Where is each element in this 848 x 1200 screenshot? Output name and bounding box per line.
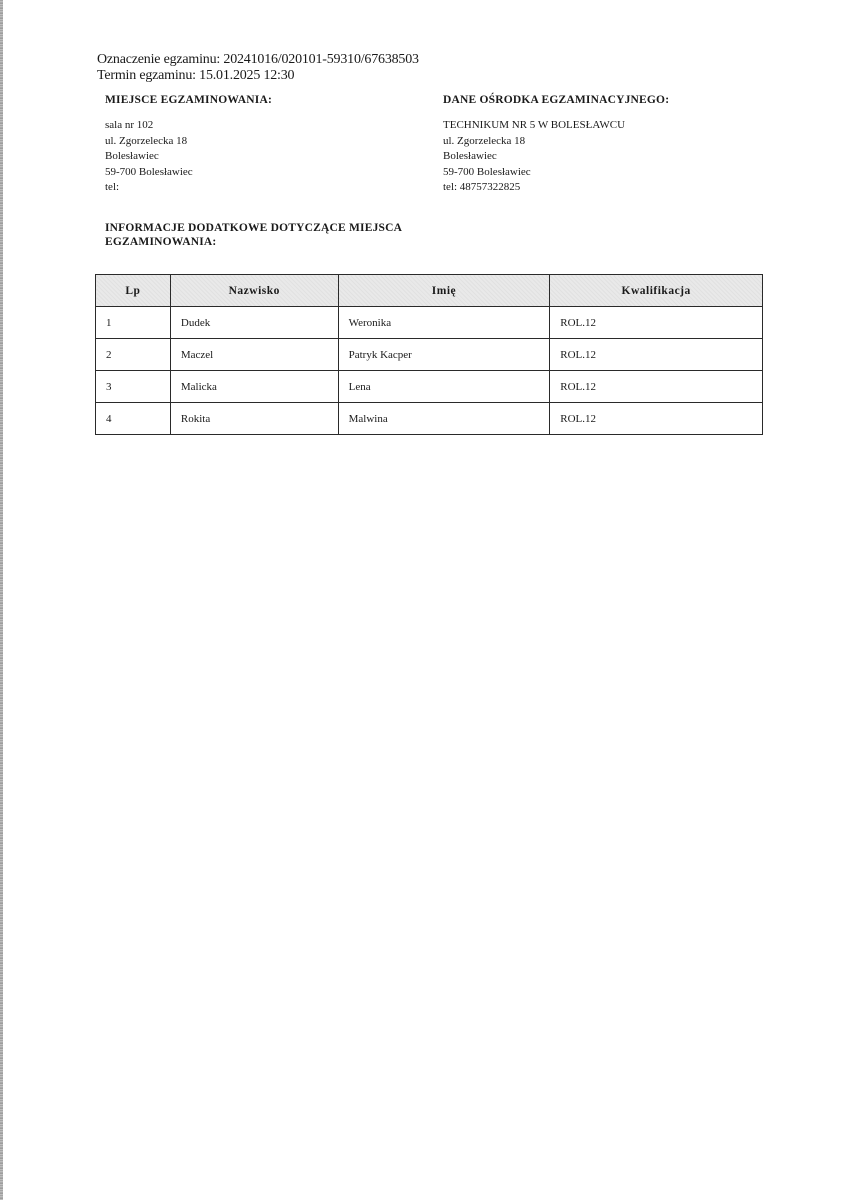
cell-surname: Maczel bbox=[170, 339, 338, 371]
cell-firstname: Lena bbox=[338, 371, 550, 403]
cell-surname: Dudek bbox=[170, 307, 338, 339]
cell-qualification: ROL.12 bbox=[550, 339, 763, 371]
exam-center-address: TECHNIKUM NR 5 W BOLESŁAWCU ul. Zgorzele… bbox=[443, 118, 625, 196]
exam-center-phone: tel: 48757322825 bbox=[443, 180, 625, 196]
cell-lp: 4 bbox=[96, 403, 171, 435]
column-header-lp: Lp bbox=[96, 275, 171, 307]
candidates-table: Lp Nazwisko Imię Kwalifikacja 1 Dudek We… bbox=[95, 274, 763, 435]
additional-info-title-line2: EGZAMINOWANIA: bbox=[105, 235, 425, 249]
exam-place-street: ul. Zgorzelecka 18 bbox=[105, 134, 193, 150]
additional-info-title: INFORMACJE DODATKOWE DOTYCZĄCE MIEJSCA E… bbox=[105, 221, 425, 249]
cell-lp: 3 bbox=[96, 371, 171, 403]
column-header-firstname: Imię bbox=[338, 275, 550, 307]
cell-surname: Rokita bbox=[170, 403, 338, 435]
cell-surname: Malicka bbox=[170, 371, 338, 403]
additional-info-title-line1: INFORMACJE DODATKOWE DOTYCZĄCE MIEJSCA bbox=[105, 221, 425, 235]
exam-place-title: MIEJSCE EGZAMINOWANIA: bbox=[105, 94, 272, 106]
table-row: 2 Maczel Patryk Kacper ROL.12 bbox=[96, 339, 763, 371]
scan-edge-artifact bbox=[0, 0, 3, 1200]
exam-place-postal: 59-700 Bolesławiec bbox=[105, 165, 193, 181]
cell-qualification: ROL.12 bbox=[550, 371, 763, 403]
cell-lp: 1 bbox=[96, 307, 171, 339]
cell-qualification: ROL.12 bbox=[550, 307, 763, 339]
exam-place-address: sala nr 102 ul. Zgorzelecka 18 Bolesławi… bbox=[105, 118, 193, 196]
cell-firstname: Weronika bbox=[338, 307, 550, 339]
cell-lp: 2 bbox=[96, 339, 171, 371]
exam-center-street: ul. Zgorzelecka 18 bbox=[443, 134, 625, 150]
cell-firstname: Patryk Kacper bbox=[338, 339, 550, 371]
table-row: 3 Malicka Lena ROL.12 bbox=[96, 371, 763, 403]
exam-date: Termin egzaminu: 15.01.2025 12:30 bbox=[97, 68, 294, 84]
exam-designation: Oznaczenie egzaminu: 20241016/020101-593… bbox=[97, 52, 419, 68]
column-header-surname: Nazwisko bbox=[170, 275, 338, 307]
table-row: 1 Dudek Weronika ROL.12 bbox=[96, 307, 763, 339]
exam-center-postal: 59-700 Bolesławiec bbox=[443, 165, 625, 181]
column-header-qualification: Kwalifikacja bbox=[550, 275, 763, 307]
exam-place-phone: tel: bbox=[105, 180, 193, 196]
cell-firstname: Malwina bbox=[338, 403, 550, 435]
cell-qualification: ROL.12 bbox=[550, 403, 763, 435]
exam-center-name: TECHNIKUM NR 5 W BOLESŁAWCU bbox=[443, 118, 625, 134]
table-header-row: Lp Nazwisko Imię Kwalifikacja bbox=[96, 275, 763, 307]
exam-center-city: Bolesławiec bbox=[443, 149, 625, 165]
exam-place-room: sala nr 102 bbox=[105, 118, 193, 134]
table-row: 4 Rokita Malwina ROL.12 bbox=[96, 403, 763, 435]
exam-center-title: DANE OŚRODKA EGZAMINACYJNEGO: bbox=[443, 94, 669, 106]
exam-place-city: Bolesławiec bbox=[105, 149, 193, 165]
